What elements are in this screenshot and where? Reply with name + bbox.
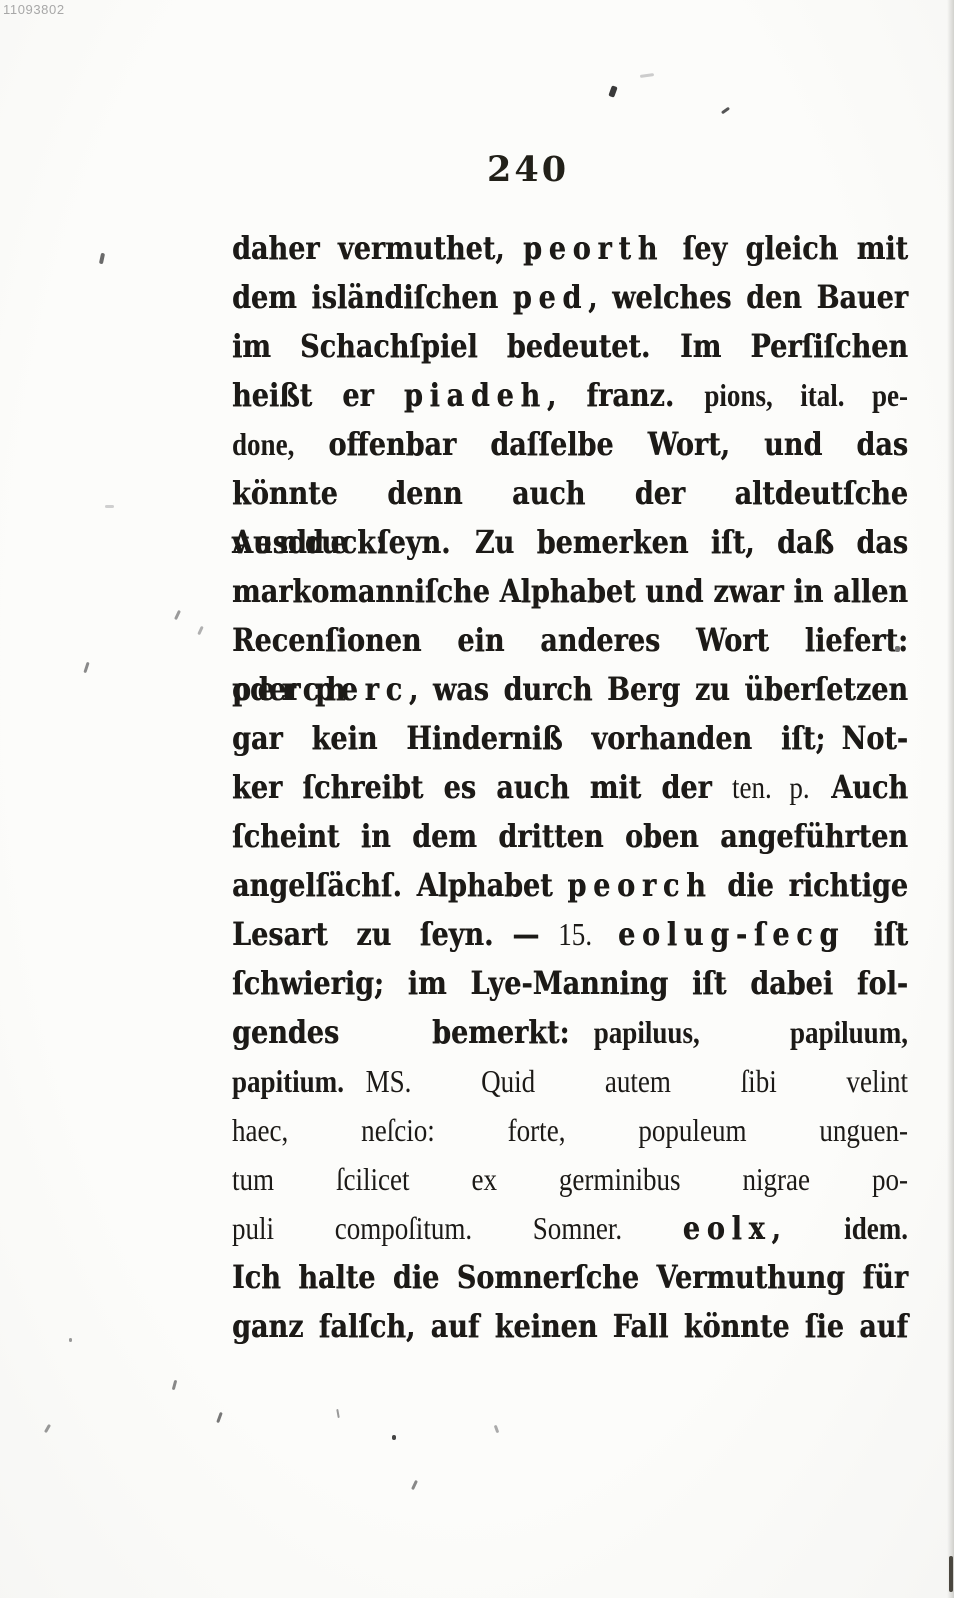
text-segment: ker ſchreibt es auch mit der (232, 768, 732, 806)
text-segment: markomanniſche Alphabet und zwar in alle… (232, 572, 908, 610)
scan-speck (172, 1380, 177, 1390)
text-segment: Ich halte die Somnerſche Vermuthung für (232, 1258, 908, 1296)
text-segment: Im Perſiſchen (680, 327, 908, 365)
text-segment: peorch (567, 866, 712, 904)
page-edge-shadow (947, 0, 954, 1598)
scan-speck (197, 626, 204, 635)
scan-speck (83, 662, 89, 673)
text-segment: ped (513, 278, 588, 316)
word-gap (344, 1091, 366, 1092)
text-line: daher vermuthet, peorth ſey gleich mit (232, 224, 908, 273)
text-segment: , was durch Berg zu überſetzen (409, 670, 908, 708)
text-line: puli compoſitum. Somner. eolx, idem. (232, 1204, 908, 1253)
text-line: ganz falſch, auf keinen Fall könnte ſie … (232, 1302, 908, 1351)
page-edge-mark (949, 1556, 953, 1592)
text-segment: gendes bemerkt: (232, 1013, 569, 1051)
text-segment: papitium. (232, 1063, 344, 1099)
text-line: gar kein Hinderniß vorhanden iſt;Not- (232, 714, 908, 763)
text-segment: perc (315, 670, 409, 708)
text-line: ſcheint in dem dritten oben angeführten (232, 812, 908, 861)
scan-speck (608, 85, 617, 97)
word-gap (493, 944, 512, 945)
text-segment: iſt (845, 915, 908, 953)
text-segment: Recenſionen ein anderes Wort liefert: (232, 621, 917, 659)
text-segment: puli compoſitum. Somner. (232, 1210, 683, 1246)
text-segment: , franz. (547, 376, 704, 414)
text-segment: ſcheint in dem dritten oben angeführten (232, 817, 908, 855)
text-segment: Lesart zu ſeyn. (232, 915, 493, 953)
scan-speck (44, 1424, 51, 1433)
text-segment: vende (232, 523, 354, 561)
text-segment: angelſächſ. Alphabet (232, 866, 567, 904)
text-segment: gar kein Hinderniß vorhanden iſt; (232, 719, 825, 757)
word-gap (650, 356, 680, 357)
word-gap (825, 748, 841, 749)
text-segment: ſchwierig; im Lye-Manning iſt dabei fol- (232, 964, 908, 1002)
word-gap (450, 552, 474, 553)
text-segment: MS. Quid autem ſibi velint (366, 1063, 908, 1099)
text-segment: im Schachſpiel bedeutet. (232, 327, 650, 365)
text-segment: heißt er (232, 376, 404, 414)
text-line: Lesart zu ſeyn.—15. eolug-ſecg iſt (232, 910, 908, 959)
text-line: oder perc, was durch Berg zu überſetzen (232, 665, 908, 714)
scan-speck (216, 1412, 223, 1423)
text-segment: ſey gleich mit (664, 229, 908, 267)
text-line: done, offenbar daſſelbe Wort, und das (232, 420, 908, 469)
scan-speck (69, 1338, 72, 1342)
page-number: 240 (487, 149, 569, 190)
text-line: ſchwierig; im Lye-Manning iſt dabei fol- (232, 959, 908, 1008)
text-segment: dem isländiſchen (232, 278, 513, 316)
text-segment: pions, ital. pe- (704, 377, 908, 413)
scan-speck (494, 1425, 500, 1434)
text-segment: papiluus, papiluum, (594, 1014, 908, 1050)
scanned-page: 11093802 240 daher vermuthet, peorth ſey… (0, 0, 954, 1598)
text-line: Recenſionen ein anderes Wort liefert: pe… (232, 616, 908, 665)
text-line: vende ſeyn.Zu bemerken iſt, daß das (232, 518, 908, 567)
word-gap (569, 1042, 593, 1043)
text-segment: , welches den Bauer (588, 278, 908, 316)
text-segment: tum ſcilicet ex germinibus nigrae po- (232, 1161, 908, 1197)
word-gap (539, 944, 558, 945)
text-line: heißt er piadeh, franz. pions, ital. pe- (232, 371, 908, 420)
text-line: ker ſchreibt es auch mit der ten. p.Auch (232, 763, 908, 812)
text-line: haec, neſcio: forte, populeum unguen- (232, 1106, 908, 1155)
text-line: Ich halte die Somnerſche Vermuthung für (232, 1253, 908, 1302)
text-line: im Schachſpiel bedeutet.Im Perſiſchen (232, 322, 908, 371)
text-segment: haec, neſcio: forte, populeum unguen- (232, 1112, 908, 1148)
text-line: tum ſcilicet ex germinibus nigrae po- (232, 1155, 908, 1204)
text-segment: daher vermuthet, (232, 229, 523, 267)
text-segment: Not- (842, 719, 908, 757)
text-segment: eolug-ſecg (618, 915, 845, 953)
text-segment: done, (232, 426, 294, 462)
text-line: angelſächſ. Alphabet peorch die richtige (232, 861, 908, 910)
text-line: papitium.MS. Quid autem ſibi velint (232, 1057, 908, 1106)
text-segment: piadeh (404, 376, 547, 414)
scan-speck (392, 1435, 396, 1440)
text-segment: eolx (683, 1209, 772, 1247)
text-segment: ganz falſch, auf keinen Fall könnte ſie … (232, 1307, 908, 1345)
text-segment: ten. p. (732, 769, 810, 805)
text-segment: — (512, 915, 539, 953)
text-line: markomanniſche Alphabet und zwar in alle… (232, 567, 908, 616)
text-line: könnte denn auch der altdeutſche Ausdruc… (232, 469, 908, 518)
scan-speck (411, 1480, 418, 1490)
text-segment: peorth (523, 229, 664, 267)
scan-speck (721, 107, 730, 115)
word-gap (810, 797, 832, 798)
scan-id-number: 11093802 (3, 2, 65, 17)
text-segment: oder (232, 670, 315, 708)
text-line: gendes bemerkt:papiluus, papiluum, (232, 1008, 908, 1057)
scan-speck (99, 253, 105, 265)
scan-speck (105, 505, 114, 508)
text-segment: idem. (844, 1210, 908, 1246)
text-segment: Zu bemerken iſt, daß das (475, 523, 908, 561)
scan-speck (640, 73, 654, 78)
text-segment: die richtige (713, 866, 908, 904)
text-segment: 15. (558, 916, 618, 952)
text-segment: offenbar daſſelbe Wort, und das (294, 425, 908, 463)
text-segment: Auch (831, 768, 908, 806)
scan-speck (336, 1409, 340, 1418)
text-segment: , (771, 1209, 844, 1247)
scan-speck (174, 610, 181, 620)
text-line: dem isländiſchen ped, welches den Bauer (232, 273, 908, 322)
text-block: daher vermuthet, peorth ſey gleich mitde… (232, 224, 908, 1351)
text-segment: ſeyn. (354, 523, 450, 561)
